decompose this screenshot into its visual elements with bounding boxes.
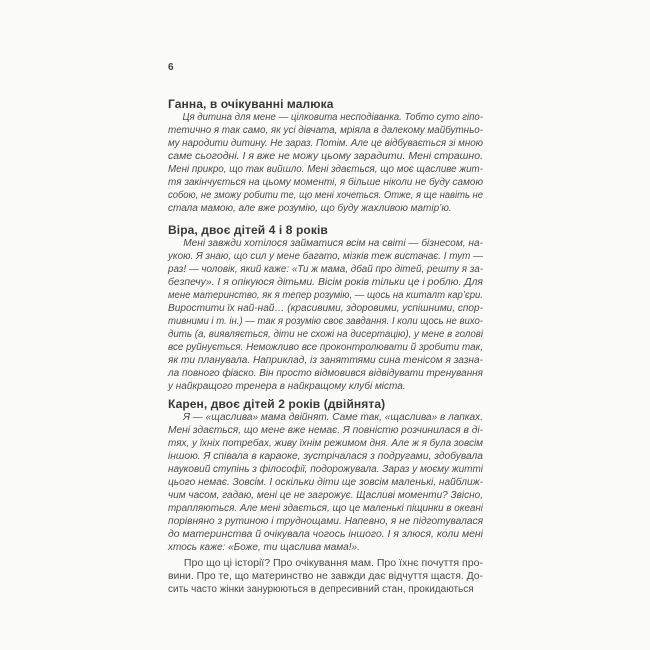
text-line: Мені прикро, що так вийшло. Мені здаєтьс…	[168, 163, 483, 176]
text-line: му народити дитину. Не зараз. Потім. Але…	[168, 137, 483, 150]
text-line: Ця дитина для мене — цілковита несподіва…	[168, 111, 483, 124]
section: Ганна, в очікуванні малюкаЦя дитина для …	[168, 97, 483, 215]
text-line: стала мамою, але вже розумію, що буду жа…	[168, 202, 452, 215]
section: Віра, двоє дітей 4 і 8 роківМені завжди …	[168, 223, 483, 393]
text-line: тя закінчується на цьому моменті, я біль…	[168, 176, 483, 189]
text-line: Я — «щаслива» мама двійнят. Саме так, «щ…	[168, 411, 483, 424]
paragraph: Ця дитина для мене — цілковита несподіва…	[168, 111, 483, 215]
page-content: 6 Ганна, в очікуванні малюкаЦя дитина дл…	[168, 62, 483, 596]
text-line: цього немає. Зовсім. І оскільки діти ще …	[168, 476, 483, 489]
text-line: тях, у їхніх потребах, живу їхнім режимо…	[168, 437, 483, 450]
page-sections: Ганна, в очікуванні малюкаЦя дитина для …	[168, 97, 483, 596]
book-page: 6 Ганна, в очікуванні малюкаЦя дитина дл…	[0, 0, 650, 650]
text-line: Мені здається, що мене вже немає. Я повн…	[168, 424, 483, 437]
text-line: дить (а, виявляється, діти не схожі на д…	[168, 328, 483, 341]
text-line: безпечу». І я опікуюся дітьми. Вісім рок…	[168, 276, 483, 289]
paragraph: Я — «щаслива» мама двійнят. Саме так, «щ…	[168, 411, 483, 554]
text-line: Про що ці історії? Про очікування мам. П…	[168, 557, 483, 570]
text-line: хтось каже: «Боже, ти щаслива мама!».	[168, 541, 360, 554]
text-line: раз! — чоловік, який каже: «Ти ж мама, д…	[168, 263, 483, 276]
text-line: Виростити їх най-най… (красивими, здоров…	[168, 302, 483, 315]
text-line: ла повного фіаско. Він просто відмовився…	[168, 367, 483, 380]
text-line: саме сьогодні. І я вже не можу цьому зар…	[168, 150, 483, 163]
section-heading: Карен, двоє дітей 2 років (двійнята)	[168, 397, 483, 411]
text-line: собою, не зможу робити те, що мені хочет…	[168, 189, 483, 202]
text-line: до материнства й очікувала чогось іншого…	[168, 528, 483, 541]
text-line: Мені завжди хотілося займатися всім на с…	[168, 237, 483, 250]
text-line: сить часто жінки занурюються в депресивн…	[168, 583, 474, 596]
text-line: іншою. Я співала в караоке, зустрічалася…	[168, 450, 483, 463]
text-line: науковий ступінь з філософії, подорожува…	[168, 463, 483, 476]
text-line: укою. Я знаю, що сил у мене багато, мізк…	[168, 250, 483, 263]
text-line: мене материнство, як я тепер розумію, — …	[168, 289, 483, 302]
text-line: тетично я так само, як усі дівчата, мрія…	[168, 124, 483, 137]
section: Про що ці історії? Про очікування мам. П…	[168, 557, 483, 596]
text-line: у найкращого тренера в найкращому клубі …	[168, 380, 406, 393]
section-heading: Віра, двоє дітей 4 і 8 років	[168, 223, 483, 237]
paragraph: Про що ці історії? Про очікування мам. П…	[168, 557, 483, 596]
text-line: вини. Про те, що материнство не завжди д…	[168, 570, 483, 583]
section: Карен, двоє дітей 2 років (двійнята)Я — …	[168, 397, 483, 554]
text-line: порівняно з рутиною і труднощами. Напевн…	[168, 515, 483, 528]
text-line: все руйнується. Неможливо все проконтрол…	[168, 341, 483, 354]
paragraph: Мені завжди хотілося займатися всім на с…	[168, 237, 483, 393]
text-line: як ти планувала. Наприклад, із заняттями…	[168, 354, 483, 367]
section-heading: Ганна, в очікуванні малюка	[168, 97, 483, 111]
page-number: 6	[168, 62, 483, 74]
text-line: трапляються. Але мені здається, що це ма…	[168, 502, 483, 515]
text-line: тивними і т. ін.) — так я розумію своє з…	[168, 315, 483, 328]
text-line: чим часом, гадаю, мені це не загрожує. Щ…	[168, 489, 483, 502]
